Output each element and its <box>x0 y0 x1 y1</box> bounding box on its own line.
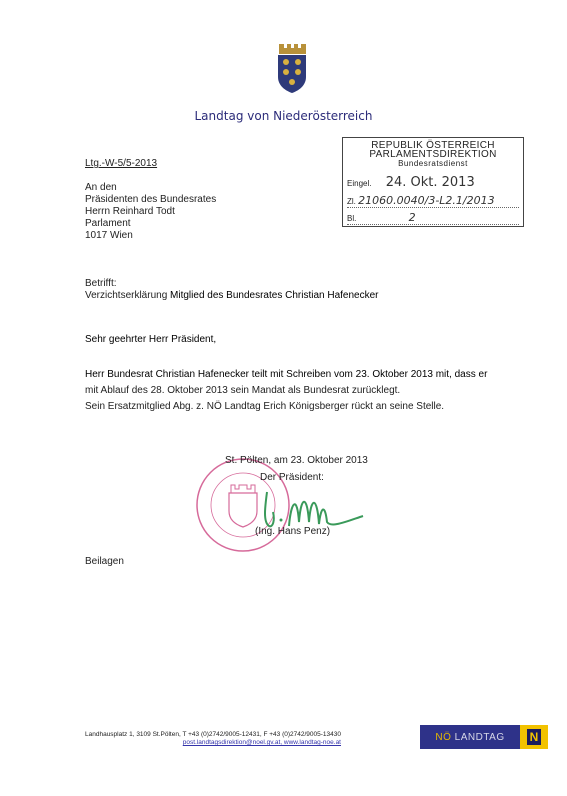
logo-badge-icon: N <box>527 729 541 745</box>
stamp-line: Bundesratsdienst <box>343 159 523 168</box>
address-line: Präsidenten des Bundesrates <box>85 194 216 206</box>
zl-value: 21060.0040/3-L2.1/2013 <box>358 194 494 207</box>
stamp-received-row: Eingel. 24. Okt. 2013 <box>347 175 475 190</box>
receipt-stamp: REPUBLIK ÖSTERREICH PARLAMENTSDIREKTION … <box>342 137 524 227</box>
footer-address: Landhausplatz 1, 3109 St.Pölten, T +43 (… <box>85 731 341 739</box>
body-line: Sein Ersatzmitglied Abg. z. NÖ Landtag E… <box>85 399 545 415</box>
place-date: St. Pölten, am 23. Oktober 2013 <box>225 455 368 466</box>
salutation: Sehr geehrter Herr Präsident, <box>85 334 216 345</box>
address-line: Parlament <box>85 218 216 230</box>
bl-label: Bl. <box>347 214 356 223</box>
logo-prefix: NÖ <box>435 732 451 743</box>
organization-name: Landtag von Niederösterreich <box>0 109 567 123</box>
footer-links[interactable]: post.landtagsdirektion@noel.gv.at, www.l… <box>85 739 341 747</box>
footer-contact: Landhausplatz 1, 3109 St.Pölten, T +43 (… <box>85 731 341 747</box>
received-label: Eingel. <box>347 179 371 188</box>
zl-label: Zl. <box>347 197 356 206</box>
enclosures-label: Beilagen <box>85 556 124 567</box>
body-line: Herr Bundesrat Christian Hafenecker teil… <box>85 367 545 383</box>
bl-value: 2 <box>409 211 416 224</box>
body-line: mit Ablauf des 28. Oktober 2013 sein Man… <box>85 383 545 399</box>
address-line: Herrn Reinhard Todt <box>85 206 216 218</box>
subject-prefix: Verzichtserklärung <box>85 290 167 301</box>
stamp-bl-row: Bl. 2 <box>347 211 519 225</box>
subject-label: Betrifft: <box>85 278 378 290</box>
reference-number: Ltg.-W-5/5-2013 <box>85 158 157 169</box>
logo-text: LANDTAG <box>451 732 504 743</box>
coat-of-arms-icon <box>275 42 309 94</box>
recipient-address: An den Präsidenten des Bundesrates Herrn… <box>85 182 216 242</box>
stamp-zl-row: Zl. 21060.0040/3-L2.1/2013 <box>347 194 519 208</box>
subject: Betrifft: Verzichtserklärung Mitglied de… <box>85 278 378 302</box>
stamp-line: PARLAMENTSDIREKTION <box>343 150 523 159</box>
signatory-name: (Ing. Hans Penz) <box>255 526 330 537</box>
address-line: 1017 Wien <box>85 230 216 242</box>
letter-body: Herr Bundesrat Christian Hafenecker teil… <box>85 367 545 415</box>
subject-text: Mitglied des Bundesrates Christian Hafen… <box>167 290 378 301</box>
address-line: An den <box>85 182 216 194</box>
noe-landtag-logo: NÖ LANDTAG N <box>420 725 548 749</box>
received-date: 24. Okt. 2013 <box>386 175 475 190</box>
